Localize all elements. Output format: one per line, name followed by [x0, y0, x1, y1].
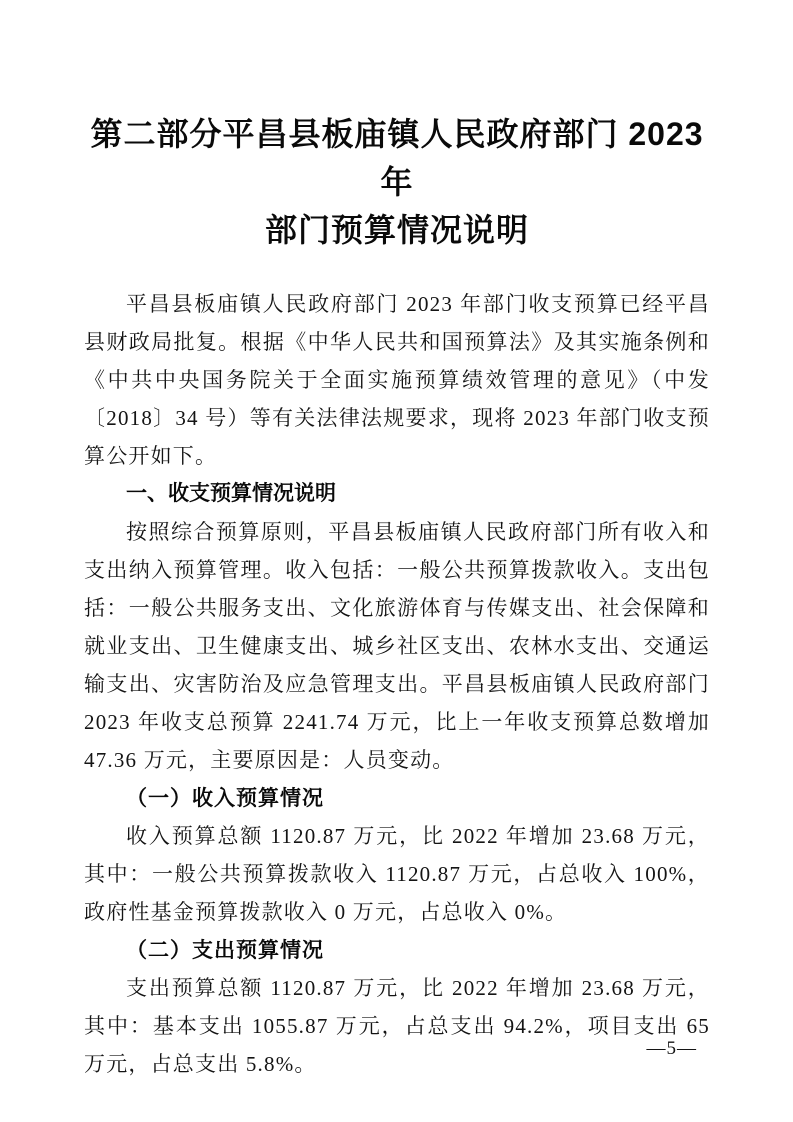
document-body: 平昌县板庙镇人民政府部门 2023 年部门收支预算已经平昌县财政局批复。根据《中…	[84, 285, 710, 1083]
document-page: 第二部分平昌县板庙镇人民政府部门 2023 年 部门预算情况说明 平昌县板庙镇人…	[0, 0, 793, 1122]
document-title-line-1: 第二部分平昌县板庙镇人民政府部门 2023 年	[84, 110, 710, 206]
body-paragraph: 收入预算总额 1120.87 万元，比 2022 年增加 23.68 万元，其中…	[84, 817, 710, 931]
document-content: 第二部分平昌县板庙镇人民政府部门 2023 年 部门预算情况说明 平昌县板庙镇人…	[84, 0, 710, 1083]
section-heading: 一、收支预算情况说明	[84, 475, 710, 513]
section-heading: （二）支出预算情况	[84, 931, 710, 969]
document-title: 第二部分平昌县板庙镇人民政府部门 2023 年 部门预算情况说明	[84, 110, 710, 254]
body-paragraph: 支出预算总额 1120.87 万元，比 2022 年增加 23.68 万元，其中…	[84, 969, 710, 1083]
document-title-line-2: 部门预算情况说明	[84, 206, 710, 254]
body-paragraph: 按照综合预算原则，平昌县板庙镇人民政府部门所有收入和支出纳入预算管理。收入包括：…	[84, 513, 710, 779]
section-heading: （一）收入预算情况	[84, 779, 710, 817]
body-paragraph: 平昌县板庙镇人民政府部门 2023 年部门收支预算已经平昌县财政局批复。根据《中…	[84, 285, 710, 475]
page-number: —5—	[647, 1038, 698, 1060]
